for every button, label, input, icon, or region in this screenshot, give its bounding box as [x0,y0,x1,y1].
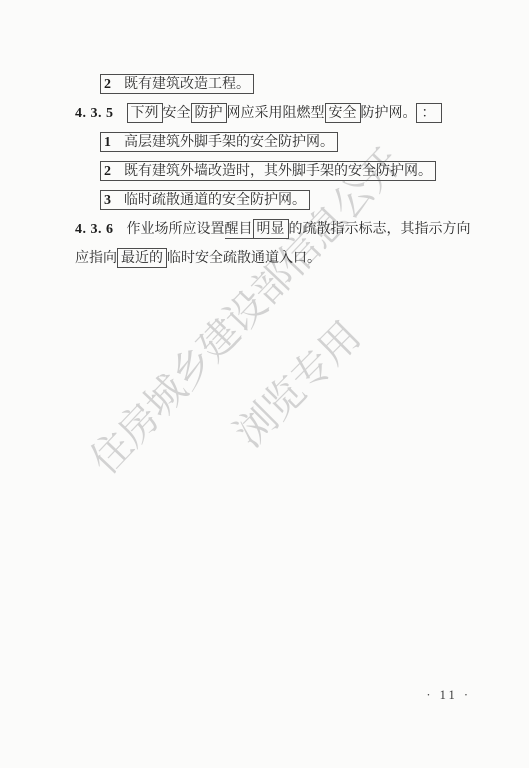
clause-number-label: 4. 3. 6 [75,222,114,237]
body-text-run: 作业场所应设置 [127,222,225,237]
clause-4-3-5: 4. 3. 5下列安全防护网应采用阻燃型安全防护网。： [75,99,489,128]
revision-inserted-text: ： [416,103,442,123]
clause-4-3-5-item-2: 2既有建筑外墙改造时，其外脚手架的安全防护网。 [100,157,489,186]
revision-inserted-text: 2既有建筑外墙改造时，其外脚手架的安全防护网。 [100,161,436,181]
body-text-run: 防护网。 [361,106,410,121]
revision-inserted-text: 1高层建筑外脚手架的安全防护网。 [100,132,338,152]
body-text-run: 既有建筑外墙改造时，其外脚手架的安全防护网。 [124,164,432,179]
clause-4-3-6: 4. 3. 6作业场所应设置醒目明显的疏散指示标志，其指示方向 [75,215,489,244]
body-text-run: 应指向 [75,251,117,266]
list-item-number: 3 [104,193,111,208]
clause-number-label: 4. 3. 5 [75,106,114,121]
body-text-run: 安全 [163,106,191,121]
revision-inserted-text: 2既有建筑改造工程。 [100,74,254,94]
list-item-number: 1 [104,135,111,150]
body-text-run: 的疏散指示标志，其指示方向 [289,222,471,237]
watermark-browse-only-text: 浏览专用 [227,314,368,455]
revision-inserted-text: 明显 [253,219,289,239]
document-page: 住房城乡建设部信息公开 浏览专用 2既有建筑改造工程。4. 3. 5下列安全防护… [0,0,529,768]
clause-4-3-5-item-1: 1高层建筑外脚手架的安全防护网。 [100,128,489,157]
revision-inserted-text: 安全 [325,103,361,123]
body-text-run: 高层建筑外脚手架的安全防护网。 [124,135,334,150]
clause-4-3-6-continuation: 应指向最近的临时安全疏散通道入口。 [75,244,489,273]
body-text-run: 临时安全疏散通道入口。 [167,251,321,266]
clause-4-3-5-item-3: 3临时疏散通道的安全防护网。 [100,186,489,215]
body-text-run: 既有建筑改造工程。 [124,77,250,92]
list-item-number: 2 [104,164,111,179]
revision-inserted-text: 3临时疏散通道的安全防护网。 [100,190,310,210]
body-text-run: 临时疏散通道的安全防护网。 [124,193,306,208]
revision-inserted-text: 下列 [127,103,163,123]
document-body: 2既有建筑改造工程。4. 3. 5下列安全防护网应采用阻燃型安全防护网。：1高层… [75,70,489,273]
revision-deleted-text: 醒目 [225,222,253,239]
page-number: · 11 · [426,688,471,703]
list-item-number: 2 [104,77,111,92]
revision-inserted-text: 最近的 [117,248,167,268]
item-2-prior-clause: 2既有建筑改造工程。 [100,70,489,99]
body-text-run: 网应采用阻燃型 [227,106,325,121]
revision-inserted-text: 防护 [191,103,227,123]
